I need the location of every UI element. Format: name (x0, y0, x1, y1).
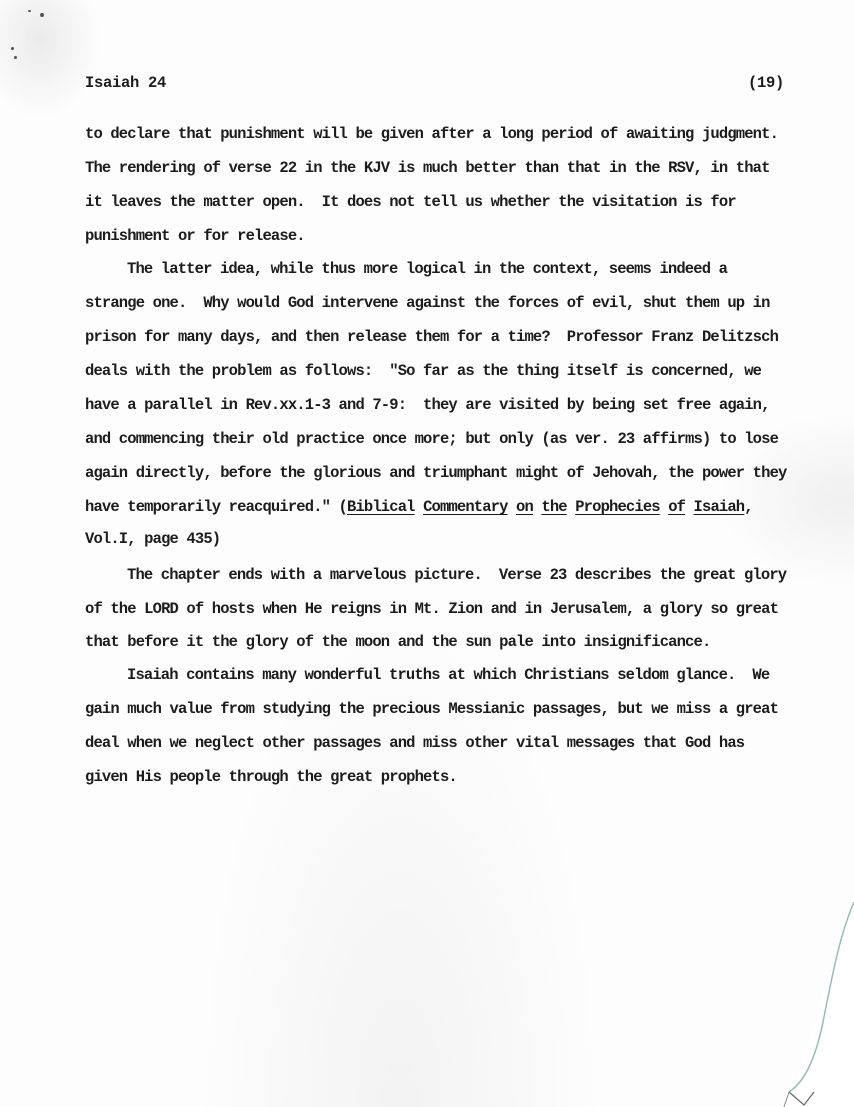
text-line: The latter idea, while thus more logical… (127, 259, 727, 279)
page-title: Isaiah 24 (85, 74, 166, 92)
citation-suffix: , (744, 498, 752, 516)
text-line: deals with the problem as follows: "So f… (85, 361, 761, 381)
page-curl-icon (744, 877, 854, 1107)
text-line: punishment or for release. (85, 226, 305, 246)
text-line: The rendering of verse 22 in the KJV is … (85, 158, 770, 178)
text-line: given His people through the great proph… (85, 767, 457, 787)
citation-title-word: of (668, 498, 685, 516)
text-line: strange one. Why would God intervene aga… (85, 293, 770, 313)
text-line: and commencing their old practice once m… (85, 429, 778, 449)
citation-prefix: have temporarily reacquired." ( (85, 498, 347, 516)
text-line: Isaiah contains many wonderful truths at… (127, 665, 769, 685)
citation-title-word: the (541, 498, 566, 516)
text-line: Vol.I, page 435) (85, 529, 220, 549)
text-line: to declare that punishment will be given… (85, 124, 778, 144)
text-line: gain much value from studying the precio… (85, 699, 778, 719)
text-line: that before it the glory of the moon and… (85, 632, 710, 652)
text-line: it leaves the matter open. It does not t… (85, 192, 736, 212)
citation-title-word: Commentary (423, 498, 508, 516)
citation-line: have temporarily reacquired." (Biblical … (85, 497, 753, 517)
scan-speck (11, 47, 14, 50)
text-line: deal when we neglect other passages and … (85, 733, 744, 753)
text-line: again directly, before the glorious and … (85, 463, 786, 483)
page-number: (19) (748, 74, 784, 92)
text-line: prison for many days, and then release t… (85, 327, 778, 347)
scan-speck (14, 56, 17, 59)
text-line: The chapter ends with a marvelous pictur… (127, 565, 786, 585)
scanned-page: Isaiah 24 (19) to declare that punishmen… (0, 0, 854, 1107)
citation-title-word: Isaiah (694, 498, 745, 516)
scan-speck (40, 13, 44, 17)
citation-title-word: Biblical (347, 498, 415, 516)
scan-speck (28, 10, 31, 12)
page-header: Isaiah 24 (19) (85, 74, 784, 98)
text-line: of the LORD of hosts when He reigns in M… (85, 599, 778, 619)
citation-title-word: on (516, 498, 533, 516)
text-line: have a parallel in Rev.xx.1-3 and 7-9: t… (85, 395, 770, 415)
citation-title-word: Prophecies (575, 498, 660, 516)
